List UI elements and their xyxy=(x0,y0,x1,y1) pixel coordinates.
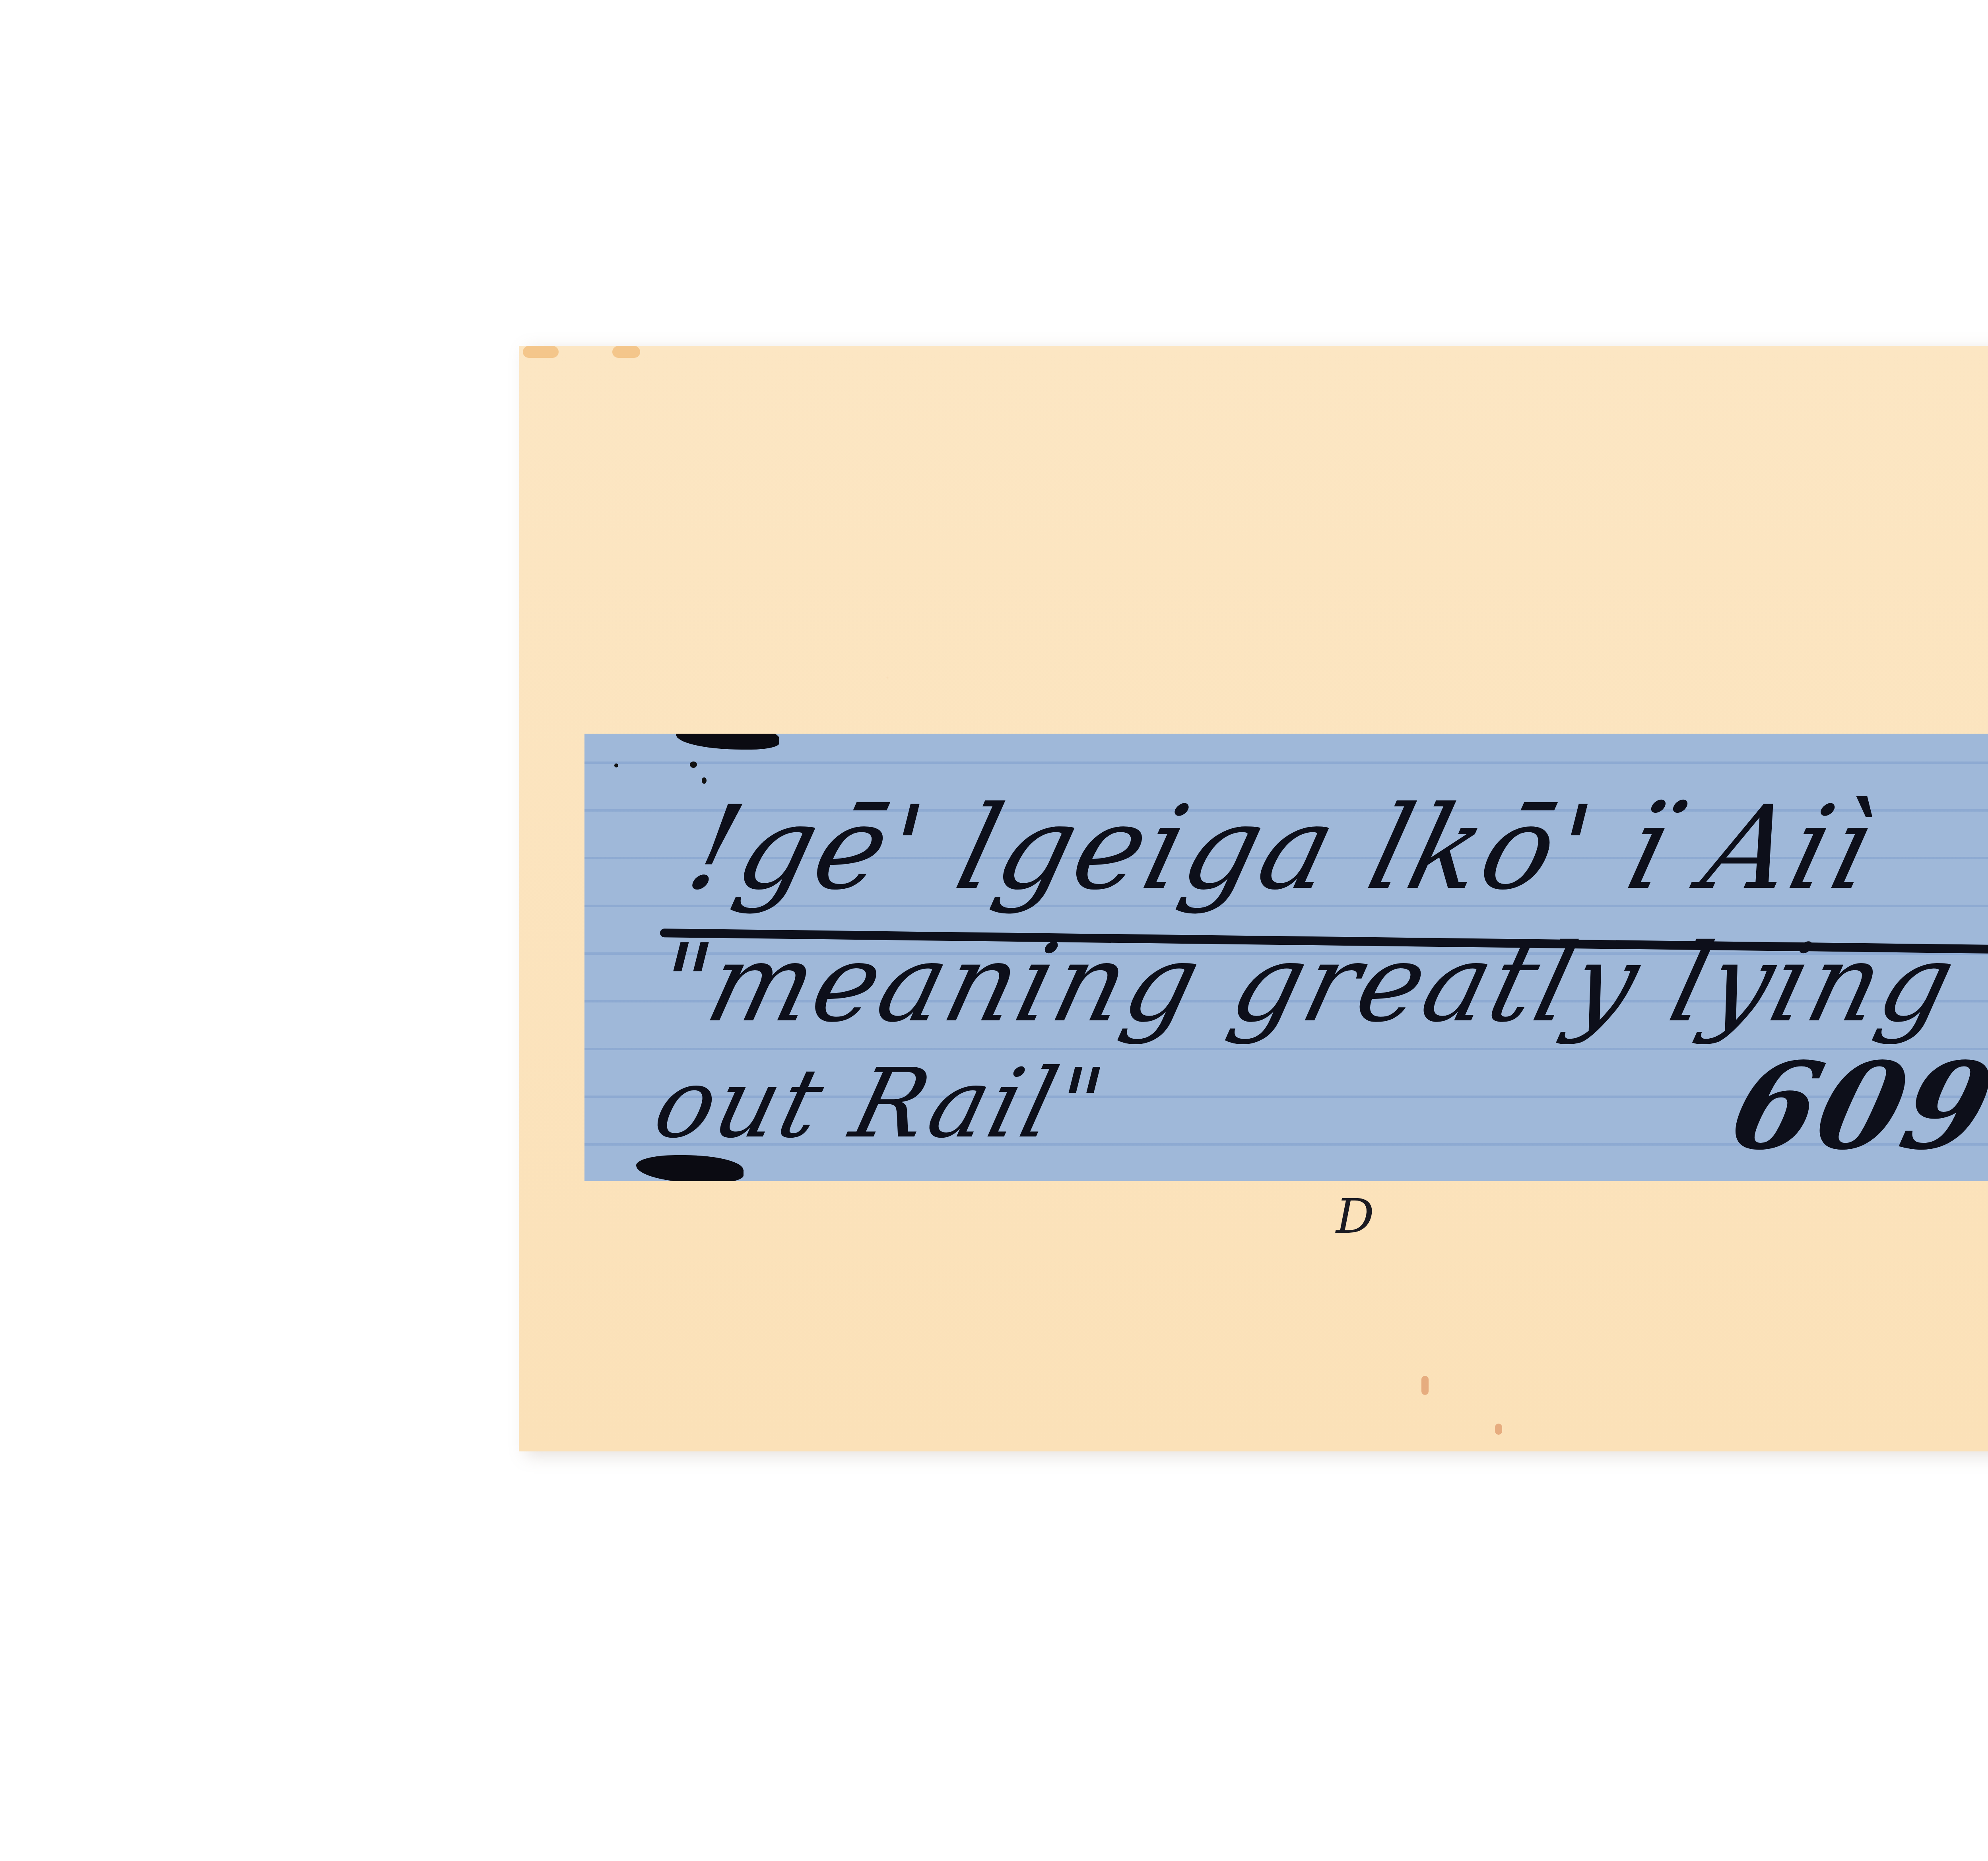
catalog-mark: D xyxy=(1336,1189,1374,1244)
catalog-number: 6097 xyxy=(1718,1036,1988,1176)
ink-speck xyxy=(690,761,697,768)
ink-blot xyxy=(676,734,779,750)
edge-stain xyxy=(523,346,559,358)
photo-background: D !gē' lgeiga lkō' ï Aiì "meaning greatl… xyxy=(0,0,1988,1861)
handwritten-line-3: out Rail" xyxy=(644,1048,1117,1159)
edge-stain xyxy=(612,346,640,358)
ink-speck xyxy=(614,763,618,767)
handwritten-slip: !gē' lgeiga lkō' ï Aiì "meaning greatly … xyxy=(584,734,1988,1181)
ink-speck xyxy=(702,777,707,784)
fiber-spot xyxy=(1421,1376,1429,1395)
handwritten-line-1: !gē' lgeiga lkō' ï Aiì xyxy=(676,781,1889,915)
handwritten-line-2: "meaning greatly lying xyxy=(644,921,1969,1046)
fiber-spot xyxy=(1495,1424,1502,1435)
